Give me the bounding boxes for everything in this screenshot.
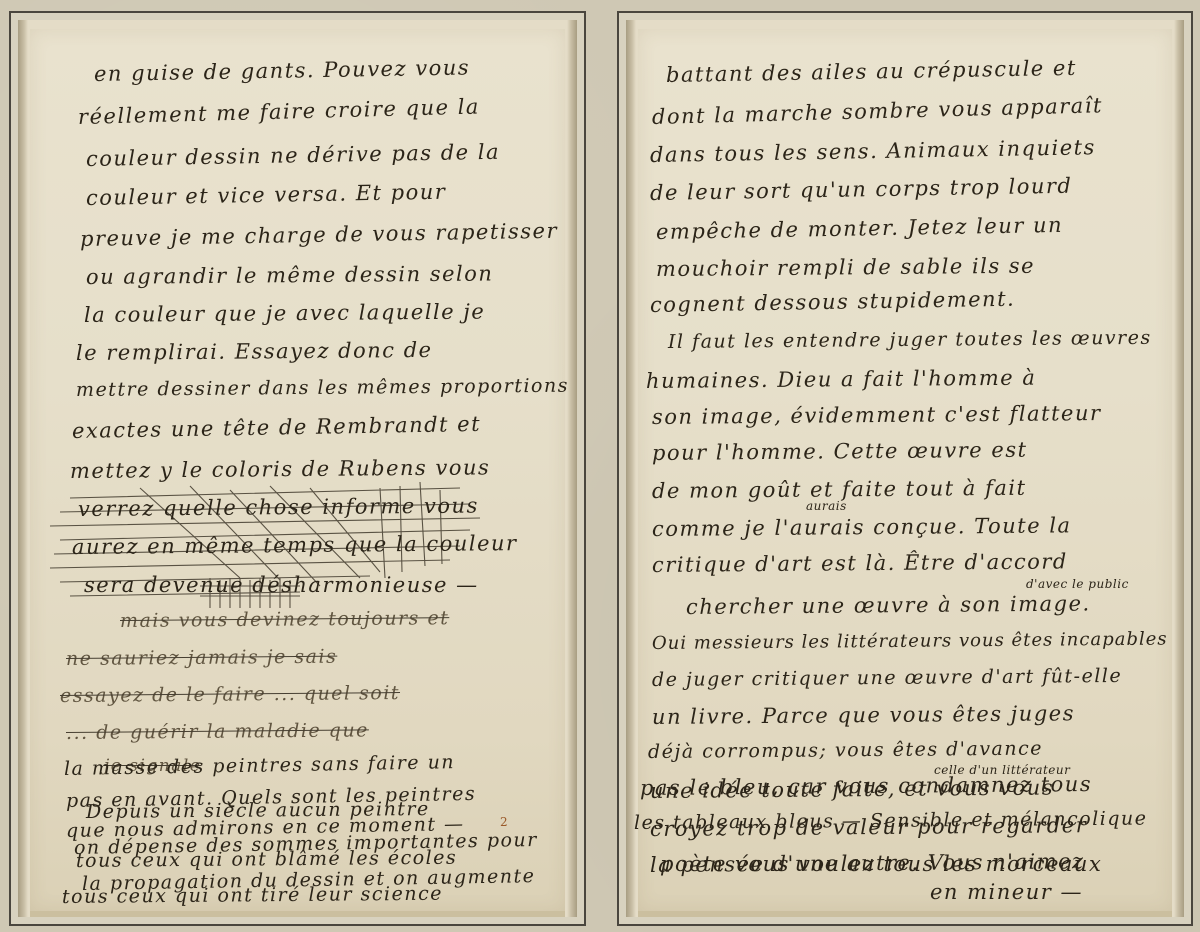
- paper-edge: [30, 911, 565, 917]
- right-line-26: en mineur —: [930, 880, 1083, 904]
- paper-edge: [638, 911, 1172, 917]
- left-line-11: mettez y le coloris de Rubens vous: [70, 455, 490, 483]
- right-line-24: les tableaux bleus — Sensible et mélanco…: [634, 808, 1148, 834]
- left-line-12: verrez quelle chose informe vous: [78, 494, 479, 521]
- struck-line-4: ... de guérir la maladie que: [66, 719, 369, 744]
- left-line-13: aurez en même temps que la couleur: [72, 531, 518, 559]
- interlinear-avec-le-public: d'avec le public: [1026, 577, 1129, 591]
- right-line-7: cognent dessous stupidement.: [650, 287, 1016, 317]
- struck-line-1: mais vous devinez toujours et: [120, 607, 449, 632]
- left-line-after-8: tous ceux qui ont tiré leur science: [62, 883, 443, 908]
- left-line-10: exactes une tête de Rembrandt et: [72, 412, 481, 443]
- right-line-10: son image, évidemment c'est flatteur: [652, 401, 1102, 429]
- right-line-4: de leur sort qu'un corps trop lourd: [650, 174, 1073, 205]
- struck-line-2: ne sauriez jamais je sais: [66, 646, 337, 670]
- right-line-18: un livre. Parce que vous êtes juges: [652, 701, 1075, 729]
- left-line-6: ou agrandir le même dessin selon: [86, 261, 494, 289]
- right-line-16: Oui messieurs les littérateurs vous êtes…: [652, 629, 1168, 654]
- left-line-7: la couleur que je avec laquelle je: [84, 299, 485, 327]
- left-page-bevel: en guise de gants. Pouvez vous réellemen…: [18, 20, 577, 917]
- right-line-6: mouchoir rempli de sable ils se: [656, 254, 1035, 281]
- left-line-3: couleur dessin ne dérive pas de la: [86, 140, 500, 171]
- left-line-14: sera devenue désharmonieuse —: [84, 573, 479, 597]
- right-line-3: dans tous les sens. Animaux inquiets: [650, 135, 1096, 167]
- struck-line-3: essayez de le faire ... quel soit: [60, 682, 400, 707]
- right-line-8: Il faut les entendre juger toutes les œu…: [668, 327, 1152, 353]
- right-line-5: empêche de monter. Jetez leur un: [656, 213, 1063, 244]
- left-line-8: le remplirai. Essayez donc de: [76, 338, 433, 365]
- right-line-11: pour l'homme. Cette œuvre est: [652, 438, 1028, 465]
- right-line-2: dont la marche sombre vous apparaît: [652, 93, 1104, 129]
- left-line-1: en guise de gants. Pouvez vous: [94, 55, 470, 86]
- left-line-2: réellement me faire croire que la: [78, 94, 481, 129]
- left-line-9: mettre dessiner dans les mêmes proportio…: [76, 375, 569, 401]
- right-line-15: chercher une œuvre à son image.: [686, 591, 1091, 619]
- right-line-19: déjà corrompus; vous êtes d'avance: [648, 738, 1043, 763]
- interlinear-aurais: aurais: [806, 499, 847, 513]
- left-line-5: preuve je me charge de vous rapetisser: [80, 219, 558, 251]
- right-line-14: critique d'art est là. Être d'accord: [652, 549, 1068, 577]
- right-line-17: de juger critiquer une œuvre d'art fût-e…: [652, 665, 1122, 691]
- left-line-4: couleur et vice versa. Et pour: [86, 180, 447, 210]
- right-line-9: humaines. Dieu a fait l'homme à: [646, 366, 1037, 393]
- right-line-1: battant des ailes au crépuscule et: [666, 56, 1077, 87]
- right-line-25: poète vous voulez tous les morceaux: [660, 852, 1102, 876]
- right-line-13: comme je l'aurais conçue. Toute la: [652, 513, 1072, 541]
- right-line-23: pas le bleu, car vous condamnez tous: [640, 772, 1092, 800]
- left-line-after-7: tous ceux qui ont blâmé les écoles: [76, 847, 457, 872]
- annotation-mark: 2: [500, 815, 508, 829]
